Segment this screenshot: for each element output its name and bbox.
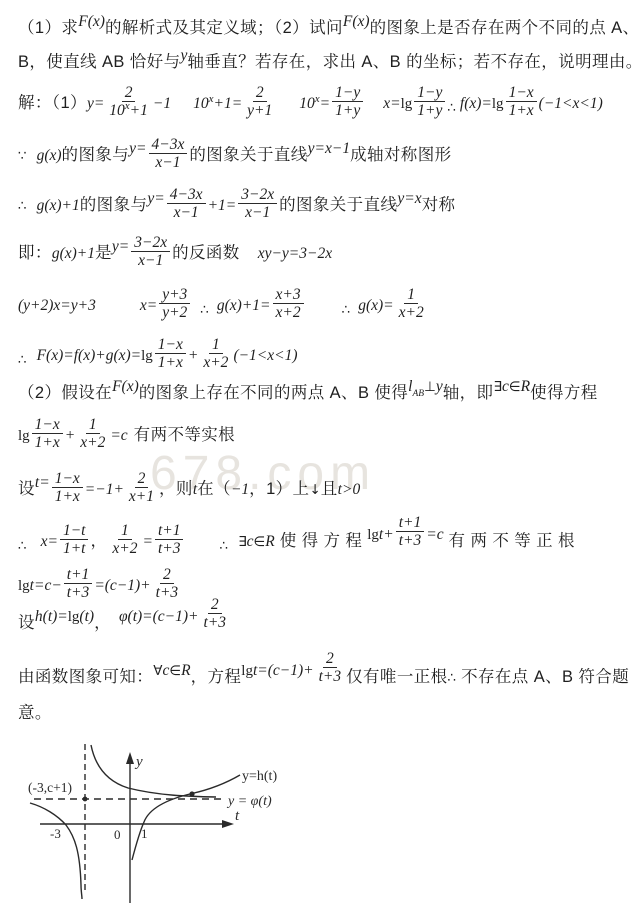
numerator: x+3 xyxy=(273,286,304,304)
math-italic: f(x)= xyxy=(460,95,492,112)
math-italic: y xyxy=(436,378,443,395)
math-italic: 2 xyxy=(163,566,171,583)
math-italic: t=(c−1)+ xyxy=(253,662,314,679)
denominator: t+3 xyxy=(153,584,182,601)
math-italic: R xyxy=(181,662,190,679)
fraction: t+1t+3 xyxy=(155,522,184,558)
numerator: 1−t xyxy=(60,522,89,540)
text-run: 的图象关于直线 xyxy=(189,146,307,164)
numerator: 1 xyxy=(86,416,100,434)
math-italic: (−1<x<1) xyxy=(539,95,603,112)
fraction: 4−3xx−1 xyxy=(149,136,188,172)
fraction: x+3x+2 xyxy=(273,286,304,322)
fraction: 1−t1+t xyxy=(60,522,89,558)
math-italic: xy−y=3−2x xyxy=(258,245,332,262)
t-axis-label: t xyxy=(235,808,240,824)
math-symbol: ∴ xyxy=(18,198,27,214)
document-line: ∴x=1−t1+t，1x+2=t+1t+3∴∃c∈R 使 得 方 程 lgt+t… xyxy=(18,524,575,560)
math-symbol: ⊥ xyxy=(424,379,436,395)
fraction: 210x+1 xyxy=(106,84,151,120)
math-italic: (y+2)x=y+3 xyxy=(18,297,96,314)
math-italic: t= xyxy=(35,474,50,491)
math-symbol: ∴ xyxy=(200,302,209,318)
document-line: 由函数图象可知：∀c∈R，方程lgt=(c−1)+2t+3仅有唯一正根∴ 不存在… xyxy=(18,660,629,696)
math-italic: 10 xyxy=(299,95,315,112)
math-italic: x= xyxy=(383,95,400,112)
math-italic: 4−3x xyxy=(170,186,203,203)
denominator: x+2 xyxy=(273,304,304,321)
fraction: 1x+2 xyxy=(396,286,427,322)
origin-label: 0 xyxy=(114,827,121,842)
denominator: 1+t xyxy=(60,540,89,557)
math-symbol: ∈ xyxy=(509,379,521,395)
graph-svg: y t 0 1 -3 (-3,c+1) y=h(t) y = φ(t) xyxy=(28,740,358,905)
math-symbol: ∴ xyxy=(448,670,457,686)
document-line: 解：（1）y=210x+1−110x+1=2y+110x=1−y1+yx=lg1… xyxy=(18,86,603,122)
math-italic: F(x)=f(x)+g(x)= xyxy=(37,347,142,364)
math-italic: t+1 xyxy=(158,522,181,539)
math-italic: 1−t xyxy=(63,522,86,539)
denominator: x+2 xyxy=(396,304,427,321)
math-symbol: ↓ xyxy=(309,482,320,498)
math-italic: =−1+ xyxy=(85,481,124,498)
math-symbol: ∴ xyxy=(219,538,228,554)
denominator: x−1 xyxy=(152,154,183,171)
math-italic: t+1 xyxy=(399,514,422,531)
math-italic: 1−x xyxy=(55,470,80,487)
math-italic: g(x)+1 xyxy=(52,245,95,262)
math-italic: +1= xyxy=(214,95,243,112)
denominator: x−1 xyxy=(242,204,273,221)
fraction: 1−y1+y xyxy=(332,84,363,120)
document-line: B，使直线 AB 恰好与y轴垂直？若存在，求出 A、B 的坐标；若不存在，说明理… xyxy=(18,52,640,73)
math-italic: y+3 xyxy=(162,286,187,303)
math-roman: lg xyxy=(492,96,504,112)
math-italic: t+3 xyxy=(67,584,90,601)
math-italic: x−1 xyxy=(155,154,180,171)
math-italic: 1−y xyxy=(335,84,360,101)
text-run: 的图象上是否存在两个不同的点 A、 xyxy=(370,19,640,37)
math-italic: φ(t)=(c−1)+ xyxy=(119,608,199,625)
document-line: ∴F(x)=f(x)+g(x)=lg1−x1+x+1x+2(−1<x<1) xyxy=(18,338,298,374)
math-italic: 1−y xyxy=(417,84,442,101)
text-run: 轴垂直？若存在，求出 A、B 的坐标；若不存在，说明理由。 xyxy=(187,53,640,71)
math-italic: 1+x xyxy=(55,488,80,505)
math-italic: x−1 xyxy=(245,204,270,221)
document-line: ∵g(x)的图象与y=4−3xx−1的图象关于直线y=x−1成轴对称图形 xyxy=(18,138,452,174)
point-coordinates-label: (-3,c+1) xyxy=(28,780,72,795)
math-italic: x+2 xyxy=(80,434,105,451)
math-italic: y xyxy=(181,47,188,64)
math-italic: 10 xyxy=(109,102,125,119)
text-run: 在（ xyxy=(197,480,231,498)
math-italic: x−1 xyxy=(174,204,199,221)
y-axis-label: y xyxy=(134,754,143,770)
math-italic: t+1 xyxy=(67,566,90,583)
document-line: 设h(t)=lg(t)，φ(t)=(c−1)+2t+3 xyxy=(18,606,231,642)
math-symbol: ∃ xyxy=(238,534,247,550)
denominator: t+3 xyxy=(64,584,93,601)
t-axis-arrow-icon xyxy=(222,820,234,828)
math-italic: 1+y xyxy=(335,102,360,119)
text-run: 的图象上存在不同的两点 A、B 使得 xyxy=(139,384,408,402)
denominator: 1+y xyxy=(414,102,445,119)
text-run: （1）求 xyxy=(18,19,78,37)
math-roman: lg xyxy=(401,96,413,112)
math-italic: y=x−1 xyxy=(308,140,350,157)
denominator: x+1 xyxy=(126,488,157,505)
numerator: 1 xyxy=(118,522,132,540)
text-run: 且 xyxy=(321,480,338,498)
math-italic: 3−2x xyxy=(241,186,274,203)
text-run: ，则 xyxy=(159,480,193,498)
math-italic: 1 xyxy=(407,286,415,303)
fraction: 3−2xx−1 xyxy=(238,186,277,222)
superscript: x xyxy=(315,93,320,105)
text-run: 设 xyxy=(18,480,35,498)
math-italic: t+3 xyxy=(156,584,179,601)
math-symbol: ∴ xyxy=(18,352,27,368)
denominator: t+3 xyxy=(201,614,230,631)
math-italic: g(x)+1= xyxy=(217,297,271,314)
fraction: 1x+2 xyxy=(109,522,140,558)
document-line: ∴g(x)+1的图象与y=4−3xx−1+1=3−2xx−1的图象关于直线y=x… xyxy=(18,188,455,224)
text-run: 成轴对称图形 xyxy=(350,146,451,164)
numerator: 4−3x xyxy=(167,186,206,204)
math-italic: −1 xyxy=(231,481,249,498)
numerator: 3−2x xyxy=(238,186,277,204)
math-italic: −1 xyxy=(153,95,171,112)
math-italic: y+2 xyxy=(162,304,187,321)
math-italic: 1 xyxy=(212,336,220,353)
numerator: t+1 xyxy=(155,522,184,540)
math-italic: 1+t xyxy=(63,540,86,557)
text-run: ， xyxy=(94,614,111,632)
fraction: 2t+3 xyxy=(316,650,345,686)
point-neg3-cplus1 xyxy=(83,797,88,802)
subscript: AB xyxy=(412,389,424,399)
math-italic: x+2 xyxy=(399,304,424,321)
math-roman: lg xyxy=(68,609,80,625)
denominator: t+3 xyxy=(396,532,425,549)
denominator: t+3 xyxy=(316,668,345,685)
y-axis-arrow-icon xyxy=(126,752,134,764)
math-italic: 1−x xyxy=(509,84,534,101)
fraction: 1−x1+x xyxy=(506,84,537,120)
text-run: 使得方程 xyxy=(530,384,598,402)
math-italic: F(x) xyxy=(343,13,370,30)
phi-curve-label: y = φ(t) xyxy=(226,794,272,809)
math-italic: y= xyxy=(112,238,129,255)
math-symbol: ∵ xyxy=(18,148,27,164)
math-italic: y= xyxy=(147,190,164,207)
text-run: 有两不等实根 xyxy=(134,426,235,444)
math-italic: t+3 xyxy=(319,668,342,685)
document-line: （1）求F(x)的解析式及其定义域；（2）试问F(x)的图象上是否存在两个不同的… xyxy=(18,18,639,39)
math-italic: R xyxy=(521,378,530,395)
numerator: y+3 xyxy=(159,286,190,304)
math-italic: =(c−1)+ xyxy=(94,577,150,594)
math-italic: 2 xyxy=(211,596,219,613)
math-italic: x+2 xyxy=(276,304,301,321)
numerator: 1−y xyxy=(332,84,363,102)
text-run: 的反函数 xyxy=(172,244,240,262)
denominator: x−1 xyxy=(135,252,166,269)
phi-curve-right-branch xyxy=(91,745,216,797)
denominator: x+2 xyxy=(109,540,140,557)
fraction: 3−2xx−1 xyxy=(131,234,170,270)
math-italic: 1 xyxy=(89,416,97,433)
math-italic: y= xyxy=(129,140,146,157)
math-italic: t+3 xyxy=(158,540,181,557)
fraction: 1−x1+x xyxy=(155,336,186,372)
document-line: 意。 xyxy=(18,703,52,724)
math-italic: (t) xyxy=(79,608,94,625)
denominator: 1+x xyxy=(32,434,63,451)
text-run: 是 xyxy=(95,244,112,262)
math-italic: 1+x xyxy=(35,434,60,451)
numerator: t+1 xyxy=(396,514,425,532)
math-document: 678.com （1）求F(x)的解析式及其定义域；（2）试问F(x)的图象上是… xyxy=(0,0,640,905)
math-italic: 1+x xyxy=(509,102,534,119)
fraction: 1x+2 xyxy=(200,336,231,372)
fraction: 1x+2 xyxy=(77,416,108,452)
math-italic: 4−3x xyxy=(152,136,185,153)
math-roman: lg xyxy=(141,348,153,364)
h-curve xyxy=(132,775,240,860)
denominator: 1+x xyxy=(155,354,186,371)
text-run: ，1）上 xyxy=(249,480,309,498)
denominator: y+1 xyxy=(244,102,275,119)
numerator: 1−x xyxy=(32,416,63,434)
numerator: 1−x xyxy=(52,470,83,488)
math-italic: t+3 xyxy=(204,614,227,631)
fraction: 2x+1 xyxy=(126,470,157,506)
denominator: 10x+1 xyxy=(106,102,151,119)
denominator: x−1 xyxy=(171,204,202,221)
function-graph: y t 0 1 -3 (-3,c+1) y=h(t) y = φ(t) xyxy=(28,740,358,905)
text-run: 有 两 不 等 正 根 xyxy=(444,532,575,550)
numerator: 1−x xyxy=(155,336,186,354)
math-italic: x= xyxy=(140,297,157,314)
math-italic: t+3 xyxy=(399,532,422,549)
text-run: 仅有唯一正根 xyxy=(346,668,447,686)
superscript: x xyxy=(125,100,130,112)
document-line: lgt=c−t+1t+3=(c−1)+2t+3 xyxy=(18,568,183,604)
fraction: t+1t+3 xyxy=(64,566,93,602)
fraction: 1−x1+x xyxy=(52,470,83,506)
numerator: 1−x xyxy=(506,84,537,102)
text-run: 不存在点 A、B 符合题 xyxy=(456,668,629,686)
tick-neg-three-label: -3 xyxy=(50,826,61,841)
text-run: 即： xyxy=(18,244,52,262)
math-italic: x+2 xyxy=(203,354,228,371)
superscript: x xyxy=(209,93,214,105)
fraction: y+3y+2 xyxy=(159,286,190,322)
numerator: 2 xyxy=(135,470,149,488)
document-line: (y+2)x=y+3x=y+3y+2∴g(x)+1=x+3x+2∴g(x)=1x… xyxy=(18,288,429,324)
denominator: 1+y xyxy=(332,102,363,119)
numerator: 4−3x xyxy=(149,136,188,154)
math-italic: 1+x xyxy=(158,354,183,371)
fraction: 1−x1+x xyxy=(32,416,63,452)
fraction: t+1t+3 xyxy=(396,514,425,550)
math-italic: t=c− xyxy=(30,577,62,594)
math-italic: + xyxy=(188,347,198,364)
text-run: 使 得 方 程 xyxy=(275,532,368,550)
text-run: 的图象关于直线 xyxy=(279,196,397,214)
text-run: 由函数图象可知： xyxy=(18,668,153,686)
math-italic: y= xyxy=(87,95,104,112)
math-italic: F(x) xyxy=(112,378,139,395)
math-italic: x+3 xyxy=(276,286,301,303)
fraction: 2y+1 xyxy=(244,84,275,120)
math-italic: = xyxy=(142,533,152,550)
phi-curve-left-branch xyxy=(30,803,82,899)
fraction: 2t+3 xyxy=(153,566,182,602)
text-run: ， xyxy=(90,532,107,550)
math-symbol: ∴ xyxy=(447,100,456,116)
numerator: 2 xyxy=(208,596,222,614)
h-curve-label: y=h(t) xyxy=(242,769,277,784)
math-italic: x+1 xyxy=(129,488,154,505)
math-italic: x= xyxy=(41,533,58,550)
text-run: 解：（1） xyxy=(18,94,87,112)
math-roman: lg xyxy=(241,663,253,679)
math-italic: t>0 xyxy=(338,481,361,498)
math-italic: g(x) xyxy=(37,147,62,164)
fraction: 4−3xx−1 xyxy=(167,186,206,222)
math-italic: y=x xyxy=(397,190,421,207)
math-italic: +1 xyxy=(130,102,148,119)
denominator: x+2 xyxy=(77,434,108,451)
math-italic: 1−x xyxy=(158,336,183,353)
math-italic: 2 xyxy=(256,84,264,101)
math-italic: 2 xyxy=(125,84,133,101)
math-italic: + xyxy=(65,427,75,444)
math-italic: h(t)= xyxy=(35,608,68,625)
denominator: y+2 xyxy=(159,304,190,321)
math-italic: t+ xyxy=(379,526,394,543)
math-italic: 2 xyxy=(326,650,334,667)
math-italic: x+2 xyxy=(112,540,137,557)
intersection-point xyxy=(189,791,194,796)
numerator: 1−y xyxy=(414,84,445,102)
math-symbol: ∈ xyxy=(253,534,265,550)
numerator: 2 xyxy=(160,566,174,584)
denominator: 1+x xyxy=(52,488,83,505)
math-italic: x−1 xyxy=(138,252,163,269)
document-line: （2）假设在F(x)的图象上存在不同的两点 A、B 使得lAB⊥y轴，即∃c∈R… xyxy=(18,383,598,404)
math-roman: lg xyxy=(18,578,30,594)
math-italic: 1−x xyxy=(35,416,60,433)
math-italic: (−1<x<1) xyxy=(233,347,297,364)
text-run: 意。 xyxy=(18,704,52,722)
numerator: 2 xyxy=(323,650,337,668)
text-run: （2）假设在 xyxy=(18,384,112,402)
denominator: 1+x xyxy=(506,102,537,119)
math-italic: F(x) xyxy=(78,13,105,30)
denominator: x+2 xyxy=(200,354,231,371)
text-run: 的解析式及其定义域；（2）试问 xyxy=(105,19,343,37)
math-roman: lg xyxy=(18,428,30,444)
text-run: 设 xyxy=(18,614,35,632)
fraction: 1−y1+y xyxy=(414,84,445,120)
math-italic: =c xyxy=(110,427,127,444)
text-run: 的图象与 xyxy=(80,196,148,214)
math-italic: 1+y xyxy=(417,102,442,119)
math-italic: +1= xyxy=(208,197,237,214)
math-italic: = xyxy=(320,95,330,112)
math-symbol: ∈ xyxy=(169,663,181,679)
math-italic: 1 xyxy=(121,522,129,539)
math-italic: g(x)= xyxy=(358,297,393,314)
numerator: 3−2x xyxy=(131,234,170,252)
math-italic: 3−2x xyxy=(134,234,167,251)
math-italic: g(x)+1 xyxy=(37,197,80,214)
math-roman: lg xyxy=(367,527,379,543)
document-line: 即：g(x)+1是y=3−2xx−1的反函数xy−y=3−2x xyxy=(18,236,332,272)
document-line: 设t=1−x1+x=−1+2x+1，则t在（−1，1）上↓且t>0 xyxy=(18,472,360,508)
text-run: 的图象与 xyxy=(62,146,130,164)
math-italic: 10 xyxy=(193,95,209,112)
numerator: 2 xyxy=(253,84,267,102)
math-symbol: ∴ xyxy=(342,302,351,318)
math-italic: y+1 xyxy=(247,102,272,119)
math-symbol: ∴ xyxy=(18,538,27,554)
numerator: 1 xyxy=(404,286,418,304)
text-run: 对称 xyxy=(422,196,456,214)
numerator: 1 xyxy=(209,336,223,354)
denominator: t+3 xyxy=(155,540,184,557)
numerator: t+1 xyxy=(64,566,93,584)
math-italic: c xyxy=(502,378,509,395)
document-line: lg1−x1+x+1x+2=c有两不等实根 xyxy=(18,418,235,454)
math-symbol: ∃ xyxy=(493,379,502,395)
text-run: ，方程 xyxy=(191,668,242,686)
math-italic: R xyxy=(265,533,274,550)
math-italic: =c xyxy=(426,526,443,543)
fraction: 2t+3 xyxy=(201,596,230,632)
tick-one-label: 1 xyxy=(141,826,148,841)
math-italic: 2 xyxy=(138,470,146,487)
text-run: 轴，即 xyxy=(443,384,494,402)
text-run: B，使直线 AB 恰好与 xyxy=(18,53,181,71)
